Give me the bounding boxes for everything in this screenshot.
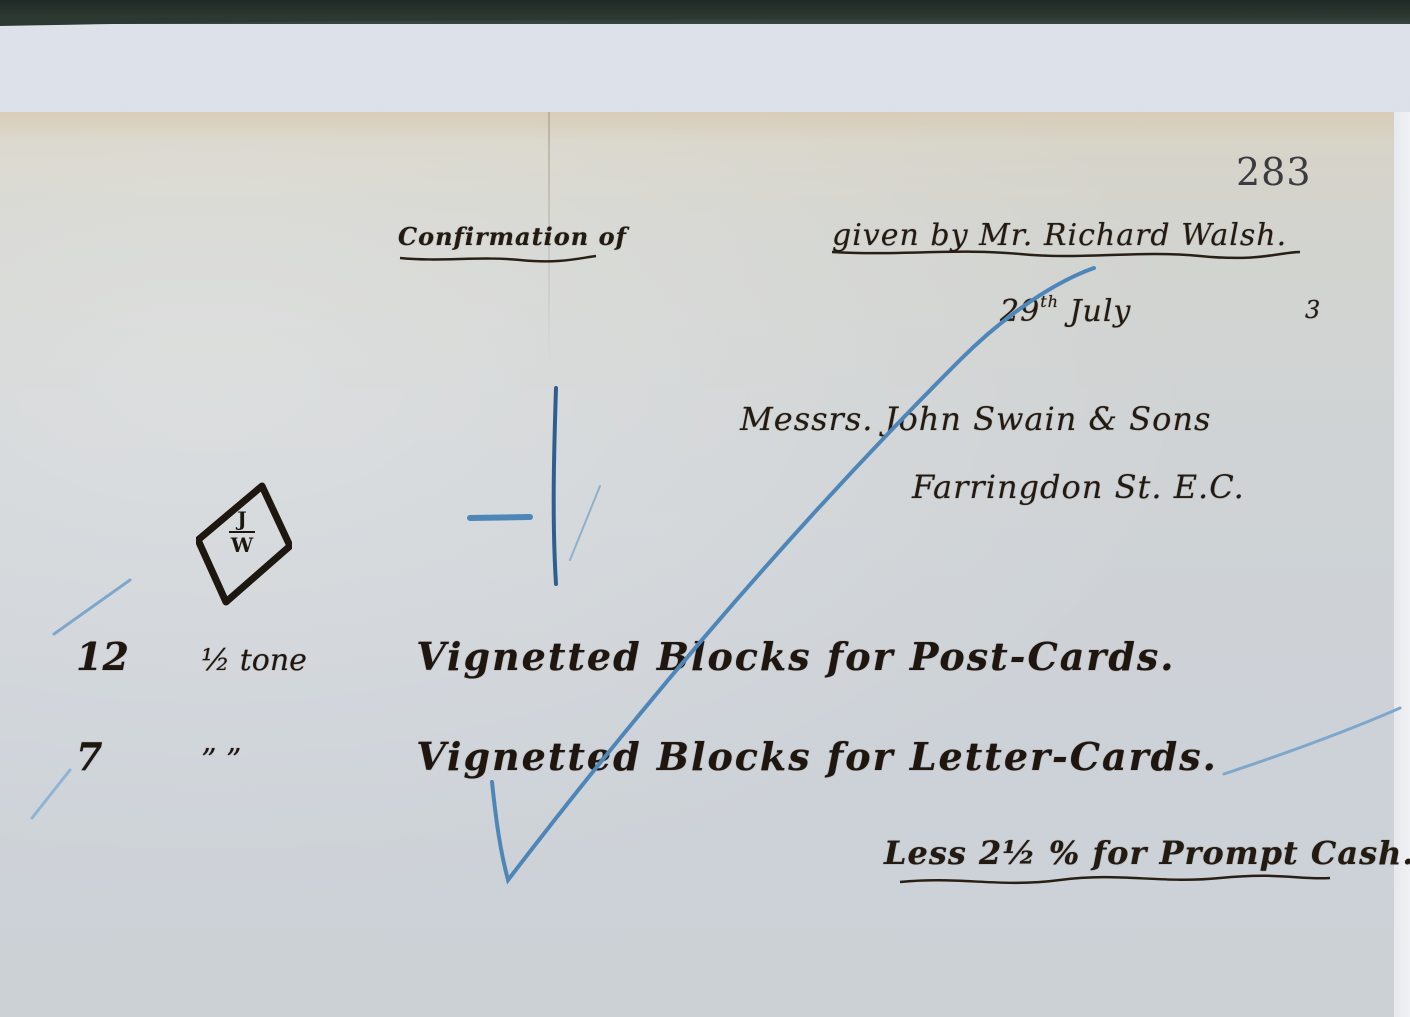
- line-item-type: ” ”: [201, 743, 411, 778]
- line-item-description: Vignetted Blocks for Post-Cards.: [416, 634, 1175, 679]
- date: 29th July: [1000, 292, 1131, 329]
- line-item: 7 ” ” Vignetted Blocks for Letter-Cards.: [76, 734, 1218, 779]
- heading-right: given by Mr. Richard Walsh.: [832, 218, 1287, 253]
- paper-right-edge: [1394, 112, 1410, 1017]
- address: Farringdon St. E.C.: [912, 468, 1245, 506]
- line-item: 12 ½ tone Vignetted Blocks for Post-Card…: [76, 634, 1176, 679]
- line-item-quantity: 7: [76, 734, 196, 779]
- heading-left: Confirmation of: [398, 222, 627, 251]
- monogram-bottom-letter: W: [231, 533, 253, 557]
- line-item-type: ½ tone: [201, 643, 411, 678]
- monogram-top-letter: J: [237, 507, 246, 531]
- date-month: July: [1069, 294, 1131, 329]
- line-item-description: Vignetted Blocks for Letter-Cards.: [416, 734, 1218, 779]
- line-item-quantity: 12: [76, 634, 196, 679]
- addressee: Messrs. John Swain & Sons: [740, 400, 1211, 438]
- background-edge-wave: [0, 14, 1410, 34]
- payment-terms: Less 2½ % for Prompt Cash.: [884, 834, 1410, 872]
- date-year: 3: [1305, 296, 1321, 324]
- monogram: J W: [212, 508, 272, 556]
- date-day: 29: [1000, 294, 1040, 329]
- paper-top-edge: [0, 112, 1394, 142]
- page-number: 283: [1236, 150, 1312, 194]
- date-suffix: th: [1040, 292, 1059, 311]
